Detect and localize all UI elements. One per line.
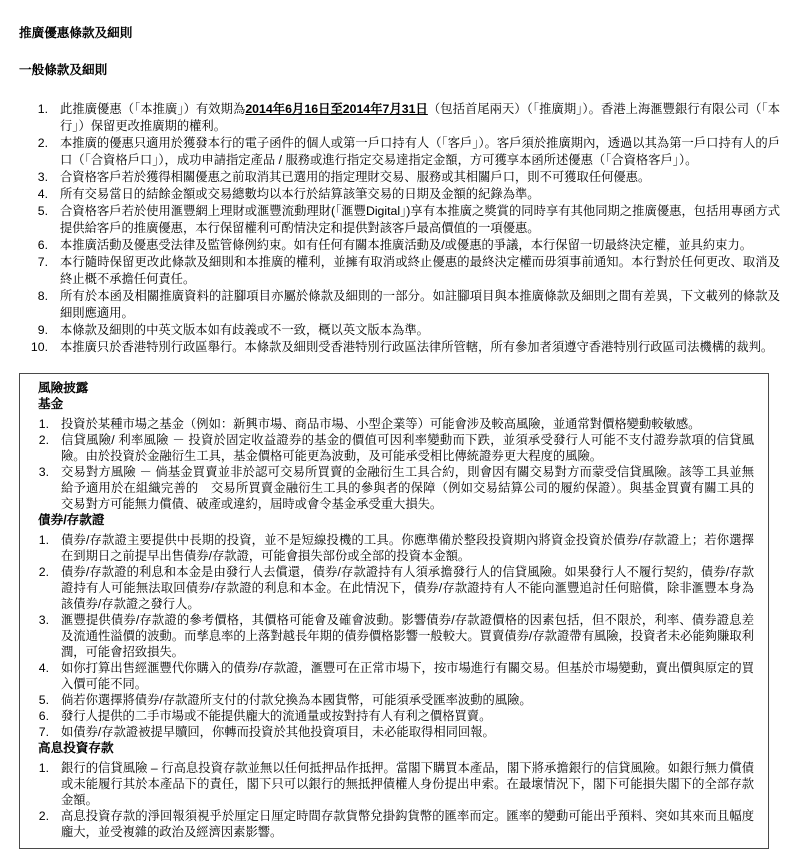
terms-document: 推廣優惠條款及細則 一般條款及細則 此推廣優惠（「本推廣」）有效期為2014年6… (0, 0, 800, 849)
general-term-7: 本行隨時保留更改此條款及細則和本推廣的權利，並擁有取消或終止優惠的最終決定權而毋… (19, 254, 780, 288)
bond-risk-3: 滙豐提供債券/存款證的參考價格，其價格可能會及確會波動。影響債券/存款證價格的因… (20, 612, 754, 660)
general-term-8: 所有於本函及相關推廣資料的註腳項目亦屬於條款及細則的一部分。如註腳項目與本推廣條… (19, 288, 780, 322)
bond-risk-5: 倘若你選擇將債券/存款證所支付的付款兌換為本國貨幣，可能須承受匯率波動的風險。 (20, 692, 754, 708)
deposits-risk-list: 銀行的信貸風險 – 行高息投資存款並無以任何抵押品作抵押。當閣下購買本產品，閣下… (20, 760, 754, 840)
deposits-section-heading: 高息投資存款 (38, 740, 754, 756)
bond-risk-4: 如你打算出售經滙豐代你購入的債券/存款證，滙豐可在正常市場下，按市場進行有關交易… (20, 660, 754, 692)
bond-risk-6: 發行人提供的二手市場或不能提供龐大的流通量或按對持有人有利之價格買賣。 (20, 708, 754, 724)
bonds-section-heading: 債券/存款證 (38, 512, 754, 528)
general-term-4: 所有交易當日的結餘金額或交易總數均以本行於結算該筆交易的日期及金額的紀錄為準。 (19, 186, 780, 203)
bonds-risk-list: 債券/存款證主要提供中長期的投資，並不是短線投機的工具。你應準備於整段投資期內將… (20, 532, 754, 740)
general-term-10: 本推廣只於香港特別行政區舉行。本條款及細則受香港特別行政區法律所管轄，所有參加者… (19, 339, 780, 356)
bond-risk-1: 債券/存款證主要提供中長期的投資，並不是短線投機的工具。你應準備於整段投資期內將… (20, 532, 754, 564)
bond-risk-7: 如債券/存款證被提早贖回，你轉而投資於其他投資項目，未必能取得相同回報。 (20, 724, 754, 740)
general-term-2: 本推廣的優惠只適用於獲發本行的電子函件的個人或第一戶口持有人（「客戶」）。客戶須… (19, 135, 780, 169)
promo-period-dates: 2014年6月16日至2014年7月31日 (245, 102, 428, 116)
funds-risk-list: 投資於某種市場之基金（例如：新興市場、商品市場、小型企業等）可能會涉及較高風險，… (20, 416, 754, 512)
deposit-risk-2: 高息投資存款的淨回報須視乎於厘定日厘定時間存款貨幣兌掛鈎貨幣的匯率而定。匯率的變… (20, 808, 754, 840)
general-term-9: 本條款及細則的中英文版本如有歧義或不一致，概以英文版本為準。 (19, 322, 780, 339)
general-terms-heading: 一般條款及細則 (19, 62, 780, 79)
deposit-risk-1: 銀行的信貸風險 – 行高息投資存款並無以任何抵押品作抵押。當閣下購買本產品，閣下… (20, 760, 754, 808)
fund-risk-3: 交易對方風險 － 倘基金買賣並非於認可交易所買賣的金融衍生工具合約，則會因有關交… (20, 464, 754, 512)
general-term-6: 本推廣活動及優惠受法律及監管條例約束。如有任何有關本推廣活動及/或優惠的爭議，本… (19, 237, 780, 254)
term-text-pre: 此推廣優惠（「本推廣」）有效期為 (60, 102, 245, 116)
fund-risk-2: 信貸風險/ 利率風險 － 投資於固定收益證券的基金的價值可因利率變動而下跌，並須… (20, 432, 754, 464)
risk-disclosure-heading: 風險披露 (38, 380, 754, 396)
fund-risk-1: 投資於某種市場之基金（例如：新興市場、商品市場、小型企業等）可能會涉及較高風險，… (20, 416, 754, 432)
general-term-3: 合資格客戶若於獲得相關優惠之前取消其已選用的指定理財交易、服務或其相關戶口，則不… (19, 169, 780, 186)
bond-risk-2: 債券/存款證的利息和本金是由發行人去償還，債券/存款證持有人須承擔發行人的信貸風… (20, 564, 754, 612)
general-term-5: 合資格客戶若於使用滙豐網上理財或滙豐流動理財(「滙豐Digital」)享有本推廣… (19, 203, 780, 237)
page-title: 推廣優惠條款及細則 (19, 25, 780, 42)
general-term-1: 此推廣優惠（「本推廣」）有效期為2014年6月16日至2014年7月31日（包括… (19, 101, 780, 135)
funds-section-heading: 基金 (38, 396, 754, 412)
general-terms-list: 此推廣優惠（「本推廣」）有效期為2014年6月16日至2014年7月31日（包括… (19, 101, 780, 356)
risk-disclosure-box: 風險披露 基金 投資於某種市場之基金（例如：新興市場、商品市場、小型企業等）可能… (19, 373, 769, 849)
